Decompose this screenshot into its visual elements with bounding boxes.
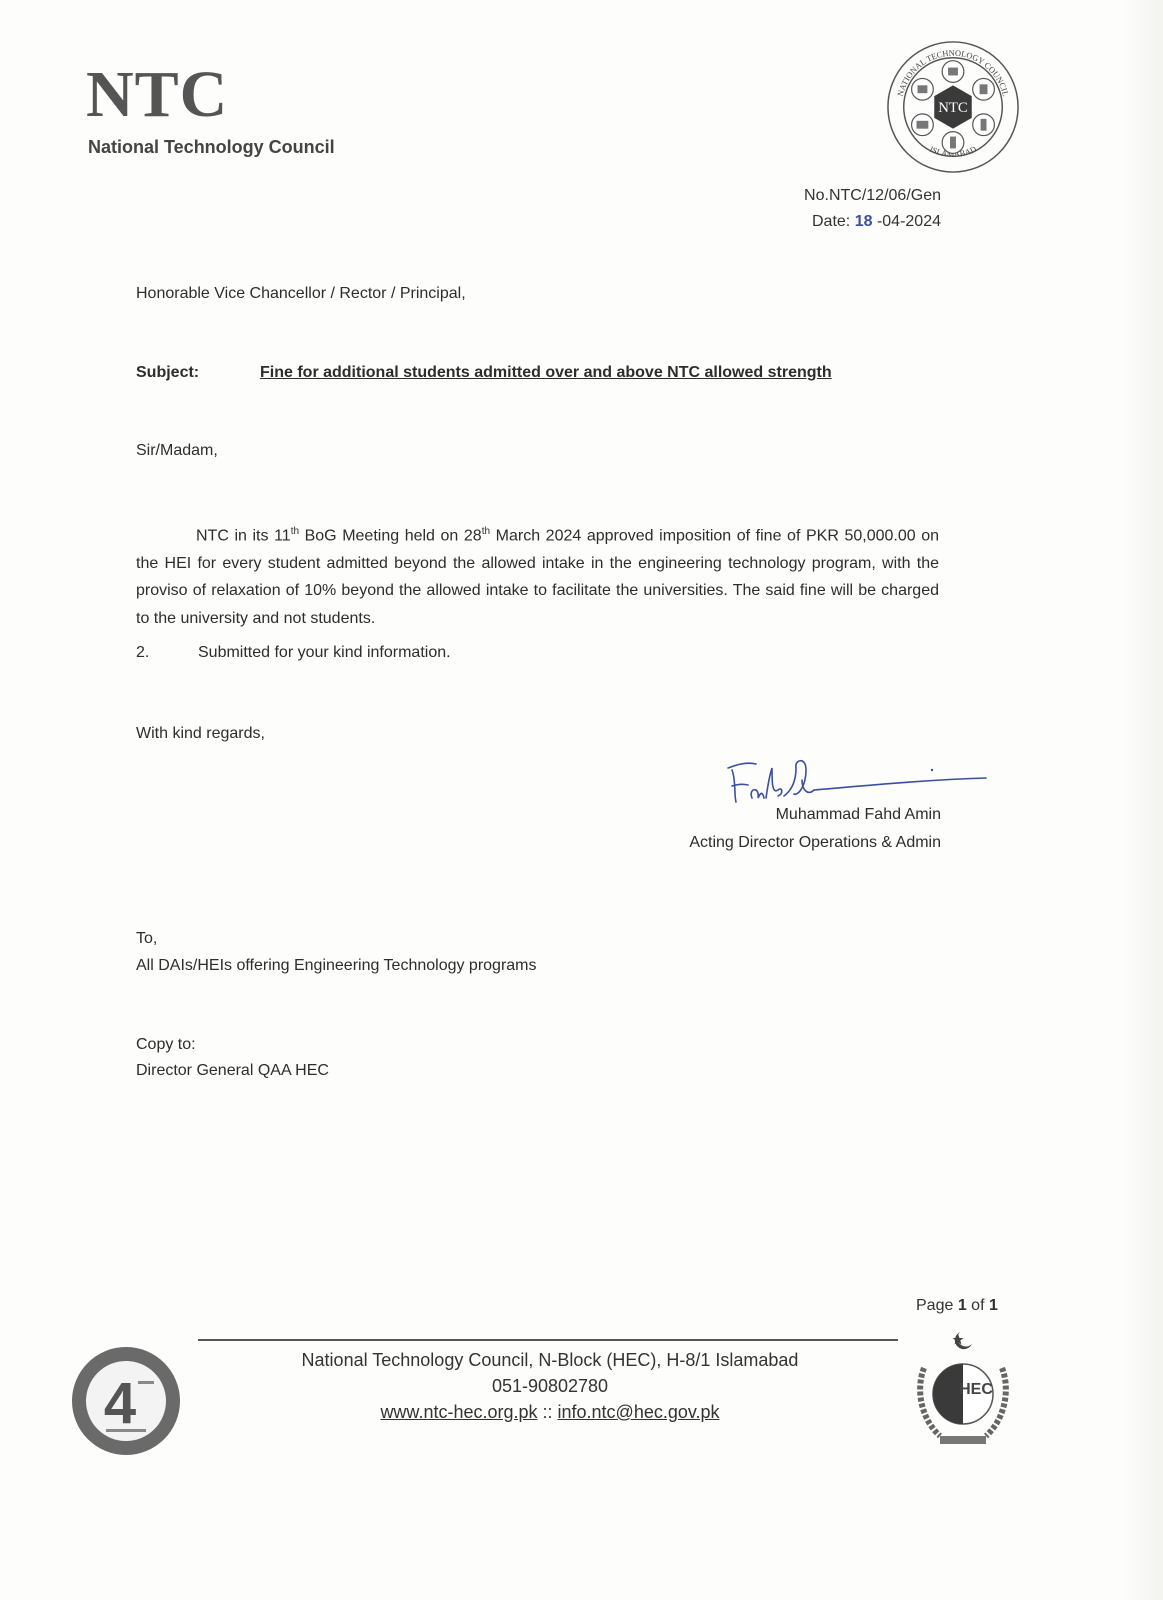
signatory-name: Muhammad Fahd Amin: [776, 806, 941, 824]
hec-emblem-icon: HEC: [910, 1328, 1016, 1446]
footer-address: National Technology Council, N-Block (HE…: [200, 1347, 900, 1373]
date-day-handwritten: 18: [855, 213, 873, 230]
ntc-seal-icon: NATIONAL TECHNOLOGY COUNCIL ISLAMABAD NT…: [884, 38, 1022, 176]
to-recipients: All DAIs/HEIs offering Engineering Techn…: [136, 957, 537, 975]
footer-divider: [198, 1339, 898, 1341]
handwritten-signature-icon: [722, 750, 992, 814]
to-label: To,: [136, 930, 157, 948]
reference-block: No.NTC/12/06/Gen Date: 18 -04-2024: [804, 183, 941, 235]
ntc-logo-text: NTC: [86, 62, 228, 128]
footer-links: www.ntc-hec.org.pk :: info.ntc@hec.gov.p…: [200, 1399, 900, 1425]
body-paragraph-2: 2.Submitted for your kind information.: [136, 644, 451, 662]
subject-text: Fine for additional students admitted ov…: [260, 364, 832, 382]
reference-number: No.NTC/12/06/Gen: [804, 183, 941, 209]
svg-text:4: 4: [104, 1371, 136, 1436]
svg-text:NTC: NTC: [938, 100, 968, 116]
paragraph-number: 2.: [136, 644, 198, 662]
org-name: National Technology Council: [88, 137, 335, 158]
email-link[interactable]: info.ntc@hec.gov.pk: [558, 1402, 720, 1422]
copy-to-recipient: Director General QAA HEC: [136, 1062, 329, 1080]
page-number: Page 1 of 1: [916, 1297, 998, 1315]
education-emblem-icon: 4: [70, 1345, 182, 1457]
footer-contact: National Technology Council, N-Block (HE…: [200, 1347, 900, 1425]
greeting: Sir/Madam,: [136, 442, 218, 460]
footer-phone: 051-90802780: [200, 1373, 900, 1399]
subject-label: Subject:: [136, 364, 199, 382]
reference-date: Date: 18 -04-2024: [804, 209, 941, 235]
body-paragraph-1: NTC in its 11th BoG Meeting held on 28th…: [136, 518, 939, 632]
svg-text:HEC: HEC: [959, 1381, 993, 1398]
website-link[interactable]: www.ntc-hec.org.pk: [380, 1402, 537, 1422]
copy-to-label: Copy to:: [136, 1036, 196, 1054]
salutation: Honorable Vice Chancellor / Rector / Pri…: [136, 285, 466, 303]
signatory-title: Acting Director Operations & Admin: [689, 834, 941, 852]
scan-edge-shadow: [1123, 0, 1163, 1600]
closing: With kind regards,: [136, 725, 265, 743]
